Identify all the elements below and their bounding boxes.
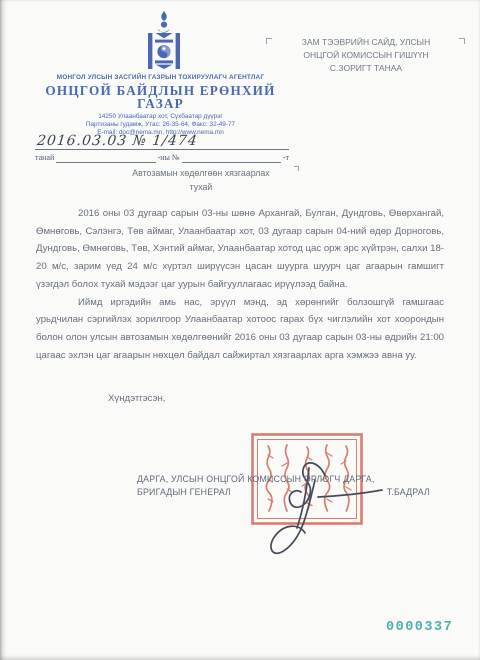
- scan-left-edge-shadow: [0, 0, 7, 660]
- body-paragraph-1: 2016 оны 03 дугаар сарын 03-ны шөнө Арха…: [36, 205, 444, 294]
- reference-line: танай -ны № -т: [35, 153, 289, 163]
- scan-bottom-edge-shadow: [0, 655, 480, 660]
- handwritten-signature: [225, 450, 395, 580]
- reference-blank-1: [56, 153, 155, 163]
- signature-block: ДАРГА, УЛСЫН ОНЦГОЙ КОМИССЫН ОРЛОГЧ ДАРГ…: [137, 473, 430, 499]
- addressee-block: ЗАМ ТЭЭВРИЙН САЙД, УЛСЫН ОНЦГОЙ КОМИССЫН…: [272, 36, 460, 74]
- subject-block: Автозамын хөдөлгөөн хязгаарлах тухай: [95, 167, 307, 194]
- reference-middle: -ны №: [158, 153, 180, 163]
- address-line1: 14250 Улаанбаатар хот, Сүхбаатар дүүрэг: [28, 113, 293, 121]
- addressee-line3: С.ЗОРИГТ ТАНАА: [272, 62, 460, 75]
- closing-salutation: Хүндэтгэсэн,: [108, 393, 165, 404]
- addressee-line1: ЗАМ ТЭЭВРИЙН САЙД, УЛСЫН: [272, 36, 460, 49]
- soyombo-emblem-icon: [146, 11, 182, 74]
- reference-blank-2: [182, 153, 281, 163]
- serial-number-stamp: 0000337: [386, 620, 453, 635]
- subject-line2: тухай: [95, 181, 307, 195]
- signer-name: Т.БАДРАЛ: [387, 486, 430, 499]
- date-number-line: 2016.03.03 № 1/474: [35, 127, 289, 150]
- handwritten-date-number: 2016.03.03 № 1/474: [36, 133, 198, 149]
- letter-body: 2016 оны 03 дугаар сарын 03-ны шөнө Арха…: [36, 205, 444, 364]
- agency-line: МОНГОЛ УЛСЫН ЗАСГИЙН ГАЗРЫН ТОХИРУУЛАГЧ …: [28, 74, 293, 82]
- addressee-line2: ОНЦГОЙ КОМИССЫН ГИШҮҮН: [272, 49, 460, 62]
- reference-prefix: танай: [35, 153, 54, 163]
- scanned-letter-page: МОНГОЛ УЛСЫН ЗАСГИЙН ГАЗРЫН ТОХИРУУЛАГЧ …: [0, 0, 480, 660]
- reference-suffix: -т: [283, 153, 289, 163]
- org-name-line2: ГАЗАР: [28, 97, 293, 110]
- signer-title-line1: ДАРГА, УЛСЫН ОНЦГОЙ КОМИССЫН ОРЛОГЧ ДАРГ…: [137, 473, 430, 486]
- signer-title-line2: БРИГАДЫН ГЕНЕРАЛ: [137, 486, 231, 499]
- subject-line1: Автозамын хөдөлгөөн хязгаарлах: [95, 167, 307, 181]
- body-paragraph-2: Иймд иргэдийн амь нас, эрүүл мэнд, эд хө…: [36, 294, 444, 365]
